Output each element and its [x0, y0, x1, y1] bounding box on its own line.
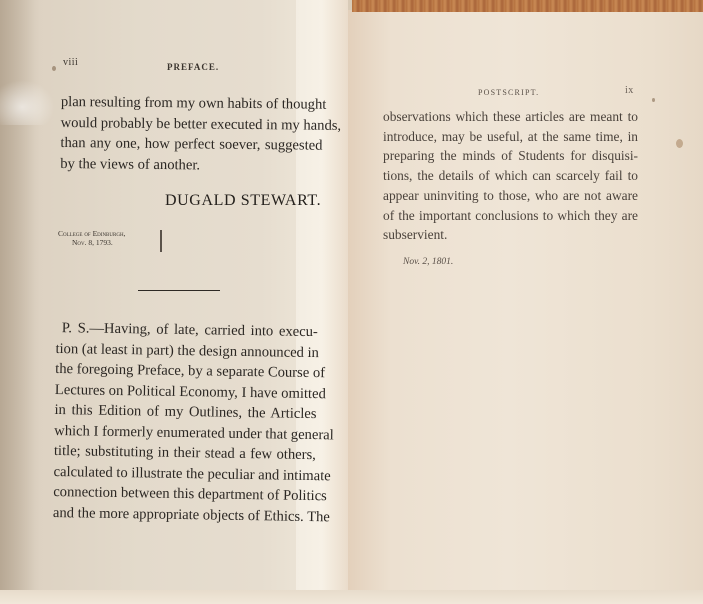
text-line: introduce, may be useful, at the same ti…	[383, 127, 638, 147]
dateline-place: College of Edinburgh,	[58, 229, 125, 238]
text-line: by the views of another.	[60, 153, 322, 176]
text-line: tions, the details of which can scarcely…	[383, 166, 638, 186]
page-number-left: viii	[63, 57, 78, 68]
text-line: of the important conclusions to which th…	[383, 206, 638, 226]
dateline-brace	[160, 230, 162, 252]
bottom-page-edge	[0, 590, 703, 604]
stain-mark	[676, 139, 683, 148]
text-line: would probably be better executed in my …	[61, 112, 323, 135]
text-line: preparing the minds of Students for disq…	[383, 146, 638, 166]
text-line: plan resulting from my own habits of tho…	[61, 92, 323, 115]
stain-mark	[52, 66, 56, 71]
postscript-body: P. S.—Having, of late, carried into exec…	[53, 318, 318, 527]
right-page	[346, 10, 703, 604]
page-damage-mark	[0, 80, 55, 125]
preface-body: plan resulting from my own habits of tho…	[60, 92, 323, 177]
stain-mark	[652, 98, 655, 102]
text-line: and the more appropriate objects of Ethi…	[53, 502, 315, 527]
text-line: than any one, how perfect soever, sugges…	[60, 133, 322, 156]
page-number-right: ix	[625, 85, 634, 96]
text-line: appear uninviting to those, who are not …	[383, 186, 638, 206]
text-line: observations which these articles are me…	[383, 107, 638, 127]
section-rule	[138, 290, 220, 291]
running-head-right: POSTSCRIPT.	[478, 88, 539, 97]
author-signature: DUGALD STEWART.	[165, 192, 321, 210]
dateline-date: Nov. 8, 1793.	[72, 238, 113, 247]
postscript-date: Nov. 2, 1801.	[403, 257, 453, 267]
postscript-continuation: observations which these articles are me…	[383, 107, 638, 245]
text-line: subservient.	[383, 225, 638, 245]
wooden-table-edge	[352, 0, 703, 12]
running-head-left: PREFACE.	[167, 62, 219, 72]
